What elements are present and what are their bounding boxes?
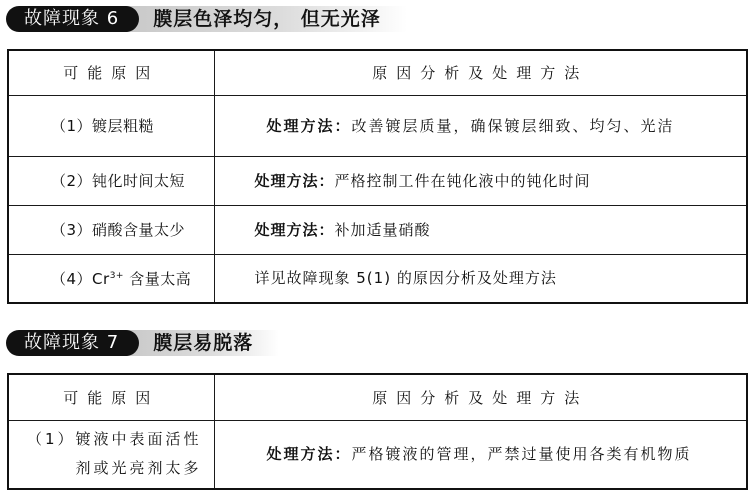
- table-row: （1）镀层粗糙 处理方法：改善镀层质量，确保镀层细致、均匀、光洁: [8, 95, 747, 156]
- cause-cell: （3）硝酸含量太少: [8, 205, 214, 254]
- cause-cell: （1）镀液中表面活性剂或光亮剂太多: [8, 420, 214, 489]
- table-header-row: 可能原因 原因分析及处理方法: [8, 50, 747, 95]
- table-header-row: 可能原因 原因分析及处理方法: [8, 374, 747, 420]
- fault-title: 膜层易脱落: [127, 330, 279, 356]
- method-text: 改善镀层质量，确保镀层细致、均匀、光洁: [352, 117, 675, 135]
- method-lead: 处理方法：: [255, 172, 335, 190]
- fault-badge: 故障现象 6: [6, 6, 139, 32]
- method-cell: 处理方法：严格控制工件在钝化液中的钝化时间: [214, 156, 747, 205]
- method-lead: 处理方法：: [255, 221, 335, 239]
- method-text: 严格控制工件在钝化液中的钝化时间: [335, 172, 591, 190]
- method-text: 补加适量硝酸: [335, 221, 431, 239]
- method-cell: 详见故障现象 5(1) 的原因分析及处理方法: [214, 254, 747, 303]
- table-row: （3）硝酸含量太少 处理方法：补加适量硝酸: [8, 205, 747, 254]
- cause-prefix: （4）Cr: [51, 270, 110, 288]
- table-row: （4）Cr3+ 含量太高 详见故障现象 5(1) 的原因分析及处理方法: [8, 254, 747, 303]
- table-row: （1）镀液中表面活性剂或光亮剂太多 处理方法：严格镀液的管理，严禁过量使用各类有…: [8, 420, 747, 489]
- header-possible-cause: 可能原因: [8, 374, 214, 420]
- fault-badge: 故障现象 7: [6, 330, 139, 356]
- method-lead: 处理方法：: [267, 117, 352, 135]
- method-text: 严格镀液的管理，严禁过量使用各类有机物质: [352, 445, 692, 463]
- cause-cell: （1）镀层粗糙: [8, 95, 214, 156]
- table-row: （2）钝化时间太短 处理方法：严格控制工件在钝化液中的钝化时间: [8, 156, 747, 205]
- cause-cell: （2）钝化时间太短: [8, 156, 214, 205]
- fault-7-table: 可能原因 原因分析及处理方法 （1）镀液中表面活性剂或光亮剂太多 处理方法：严格…: [7, 373, 748, 490]
- cause-superscript: 3+: [110, 271, 124, 281]
- cause-suffix: 含量太高: [129, 270, 191, 288]
- method-cell: 处理方法：改善镀层质量，确保镀层细致、均匀、光洁: [214, 95, 747, 156]
- section-heading-fault-7: 故障现象 7 膜层易脱落: [6, 330, 279, 356]
- method-cell: 处理方法：补加适量硝酸: [214, 205, 747, 254]
- section-heading-fault-6: 故障现象 6 膜层色泽均匀， 但无光泽: [6, 6, 407, 32]
- cause-cell: （4）Cr3+ 含量太高: [8, 254, 214, 303]
- header-analysis-method: 原因分析及处理方法: [214, 50, 747, 95]
- fault-6-table: 可能原因 原因分析及处理方法 （1）镀层粗糙 处理方法：改善镀层质量，确保镀层细…: [7, 49, 748, 304]
- method-cell: 处理方法：严格镀液的管理，严禁过量使用各类有机物质: [214, 420, 747, 489]
- method-lead: 处理方法：: [267, 445, 352, 463]
- header-analysis-method: 原因分析及处理方法: [214, 374, 747, 420]
- fault-title: 膜层色泽均匀， 但无光泽: [127, 6, 407, 32]
- method-text: 详见故障现象 5(1) 的原因分析及处理方法: [255, 269, 557, 287]
- header-possible-cause: 可能原因: [8, 50, 214, 95]
